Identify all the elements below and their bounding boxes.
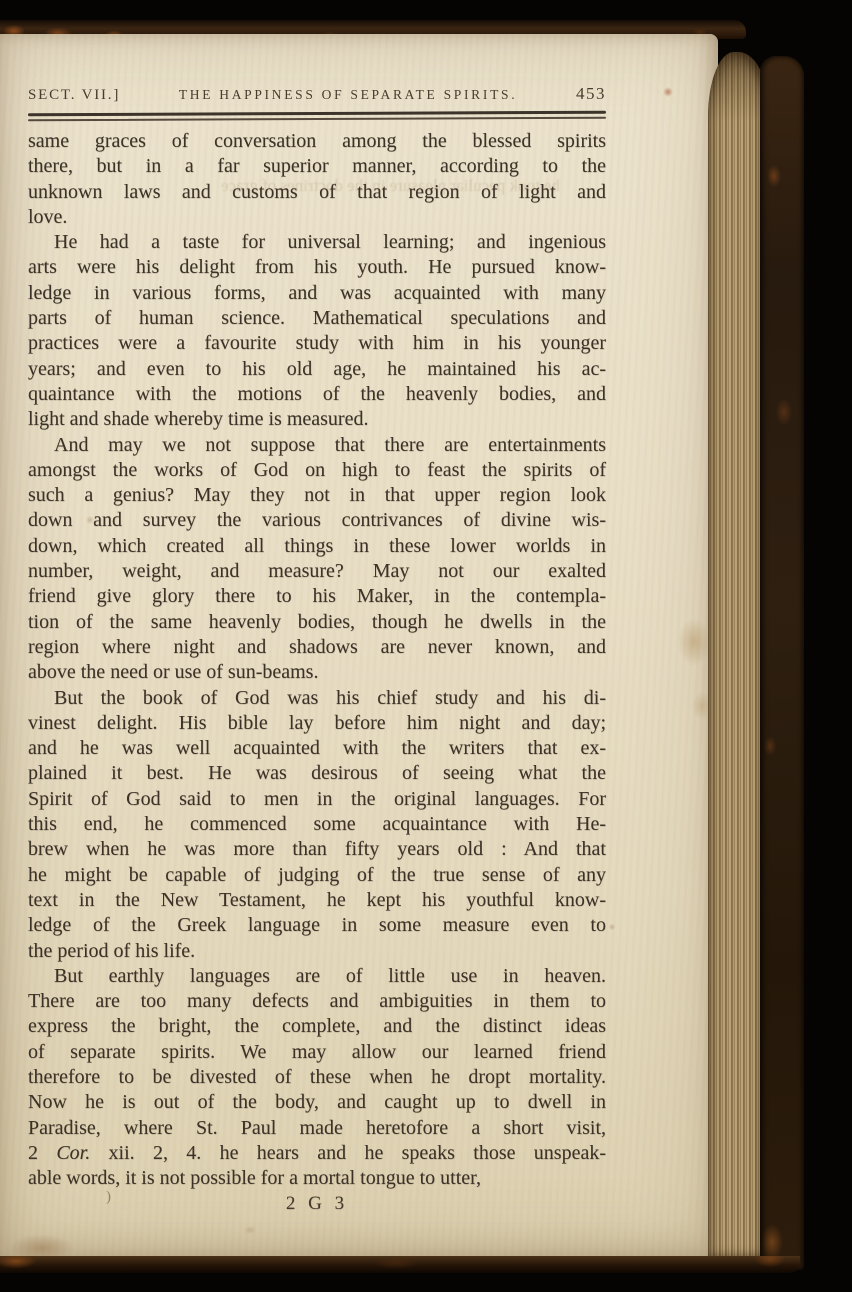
running-header: SECT. VII.] THE HAPPINESS OF SEPARATE SP… bbox=[28, 84, 606, 104]
text-line: love. bbox=[28, 205, 606, 230]
text-line: he might be capable of judging of the tr… bbox=[28, 863, 606, 888]
paragraph: He had a taste for universal learning; a… bbox=[28, 230, 606, 432]
text-line: brew when he was more than fifty years o… bbox=[28, 837, 606, 862]
text-line: And may we not suppose that there are en… bbox=[28, 433, 606, 458]
text-line: of separate spirits. We may allow our le… bbox=[28, 1040, 606, 1065]
text-line: He had a taste for universal learning; a… bbox=[28, 230, 606, 255]
header-rule-thin-line bbox=[28, 117, 606, 122]
scan-background: { "scan": { "header": { "section_label":… bbox=[0, 0, 852, 1292]
text-line: arts were his delight from his youth. He… bbox=[28, 255, 606, 280]
text-line: and he was well acquainted with the writ… bbox=[28, 736, 606, 761]
text-line: But the book of God was his chief study … bbox=[28, 686, 606, 711]
paragraph: But the book of God was his chief study … bbox=[28, 686, 606, 964]
page-fore-edge bbox=[708, 52, 766, 1260]
header-rule-thick-line bbox=[28, 111, 606, 117]
text-line: same graces of conversation among the bl… bbox=[28, 129, 606, 154]
text-line: years; and even to his old age, he maint… bbox=[28, 357, 606, 382]
paragraph: And may we not suppose that there are en… bbox=[28, 433, 606, 686]
text-line: text in the New Testament, he kept his y… bbox=[28, 888, 606, 913]
text-line: ledge of the Greek language in some meas… bbox=[28, 913, 606, 938]
text-line: the period of his life. bbox=[28, 939, 606, 964]
text-line: There are too many defects and ambiguiti… bbox=[28, 989, 606, 1014]
text-line: parts of human science. Mathematical spe… bbox=[28, 306, 606, 331]
text-line: 2 Cor. xii. 2, 4. he hears and he speaks… bbox=[28, 1141, 606, 1166]
page-number: 453 bbox=[576, 84, 606, 104]
signature-row: ) 2 G 3 bbox=[28, 1193, 606, 1219]
text-line: down, which created all things in these … bbox=[28, 534, 606, 559]
text-line: this end, he commenced some acquaintance… bbox=[28, 812, 606, 837]
leather-cover-edge bbox=[760, 56, 804, 1270]
text-line: express the bright, the complete, and th… bbox=[28, 1014, 606, 1039]
text-line: amongst the works of God on high to feas… bbox=[28, 458, 606, 483]
book-page: he took peculiar pleasure in the doctrin… bbox=[0, 34, 718, 1262]
text-line: number, weight, and measure? May not our… bbox=[28, 559, 606, 584]
body-text: same graces of conversation among the bl… bbox=[28, 129, 606, 1191]
text-line: tion of the same heavenly bodies, though… bbox=[28, 610, 606, 635]
text-line: light and shade whereby time is measured… bbox=[28, 407, 606, 432]
signature-mark: 2 G 3 bbox=[28, 1193, 606, 1215]
paragraph: same graces of conversation among the bl… bbox=[28, 129, 606, 230]
text-line: friend give glory there to his Maker, in… bbox=[28, 584, 606, 609]
header-rule bbox=[28, 111, 606, 122]
text-line: such a genius? May they not in that uppe… bbox=[28, 483, 606, 508]
text-line: therefore to be divested of these when h… bbox=[28, 1065, 606, 1090]
text-line: there, but in a far superior manner, acc… bbox=[28, 154, 606, 179]
text-line: ledge in various forms, and was acquaint… bbox=[28, 281, 606, 306]
text-line: vinest delight. His bible lay before him… bbox=[28, 711, 606, 736]
text-line: unknown laws and customs of that region … bbox=[28, 180, 606, 205]
text-line: Now he is out of the body, and caught up… bbox=[28, 1090, 606, 1115]
stray-ink-mark: ) bbox=[106, 1189, 111, 1206]
text-line: Paradise, where St. Paul made heretofore… bbox=[28, 1116, 606, 1141]
text-line: plained it best. He was desirous of seei… bbox=[28, 761, 606, 786]
printed-text-column: SECT. VII.] THE HAPPINESS OF SEPARATE SP… bbox=[28, 84, 606, 1219]
text-line: down and survey the various contrivances… bbox=[28, 508, 606, 533]
running-title: THE HAPPINESS OF SEPARATE SPIRITS. bbox=[179, 87, 518, 103]
text-line: Spirit of God said to men in the origina… bbox=[28, 787, 606, 812]
text-line: quaintance with the motions of the heave… bbox=[28, 382, 606, 407]
text-line: above the need or use of sun-beams. bbox=[28, 660, 606, 685]
text-line: practices were a favourite study with hi… bbox=[28, 331, 606, 356]
text-line: But earthly languages are of little use … bbox=[28, 964, 606, 989]
book-bottom-edge bbox=[0, 1256, 800, 1273]
paragraph: But earthly languages are of little use … bbox=[28, 964, 606, 1192]
section-label: SECT. VII.] bbox=[28, 87, 120, 104]
text-line: region where night and shadows are never… bbox=[28, 635, 606, 660]
text-line: able words, it is not possible for a mor… bbox=[28, 1166, 606, 1191]
